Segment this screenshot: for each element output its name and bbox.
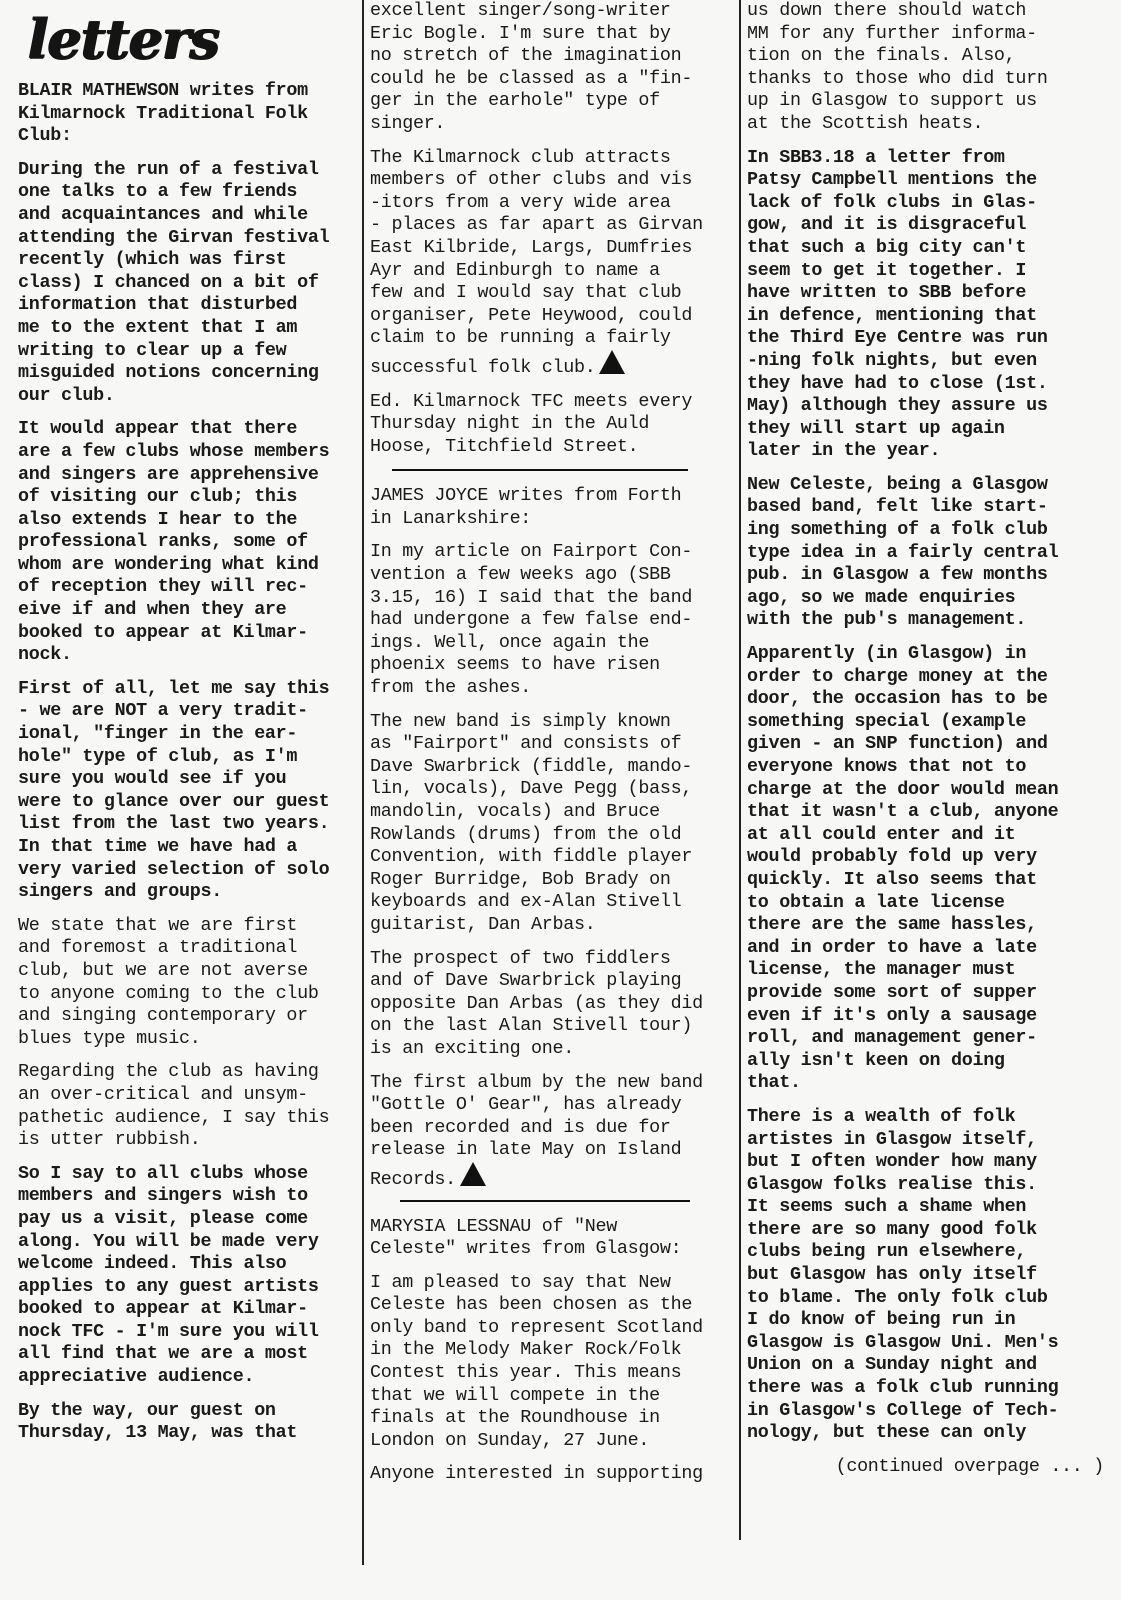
column-divider — [739, 0, 741, 1540]
horizontal-rule — [400, 1200, 690, 1202]
letter-paragraph: The Kilmarnock club attracts members of … — [370, 147, 703, 378]
letter-paragraph: In SBB3.18 a letter from Patsy Campbell … — [747, 147, 1112, 463]
letter-paragraph: By the way, our guest on Thursday, 13 Ma… — [18, 1400, 358, 1445]
letter-paragraph: We state that we are first and foremost … — [18, 915, 358, 1051]
column-2: excellent singer/song-writer Eric Bogle.… — [370, 0, 735, 1497]
letter-paragraph: First of all, let me say this - we are N… — [18, 678, 358, 904]
horizontal-rule — [392, 469, 688, 471]
letter-paragraph: us down there should watch MM for any fu… — [747, 0, 1112, 136]
continued-overpage-note: (continued overpage ... ) — [747, 1456, 1112, 1479]
newsletter-page: letters BLAIR MATHEWSON writes from Kilm… — [0, 0, 1121, 1600]
letter-paragraph: Regarding the club as having an over-cri… — [18, 1061, 358, 1151]
letter-paragraph: The new band is simply known as "Fairpor… — [370, 711, 735, 937]
triangle-end-mark-icon — [599, 350, 625, 374]
editor-note: Ed. Kilmarnock TFC meets every Thursday … — [370, 391, 735, 459]
letter-paragraph: excellent singer/song-writer Eric Bogle.… — [370, 0, 735, 136]
letter-paragraph: Apparently (in Glasgow) in order to char… — [747, 643, 1112, 1095]
letter-paragraph: Anyone interested in supporting — [370, 1463, 735, 1486]
letter-paragraph: The prospect of two fiddlers and of Dave… — [370, 948, 735, 1061]
letter-paragraph: In my article on Fairport Con- vention a… — [370, 541, 735, 699]
letter-byline: BLAIR MATHEWSON writes from Kilmarnock T… — [18, 80, 358, 148]
letter-paragraph-wrap: The Kilmarnock club attracts members of … — [370, 147, 735, 380]
letter-paragraph: During the run of a festival one talks t… — [18, 159, 358, 408]
column-divider — [362, 0, 364, 1565]
letter-paragraph: The first album by the new band "Gottle … — [370, 1072, 703, 1190]
letter-paragraph: I am pleased to say that New Celeste has… — [370, 1272, 735, 1453]
letter-byline: MARYSIA LESSNAU of "New Celeste" writes … — [370, 1216, 735, 1261]
column-3: us down there should watch MM for any fu… — [747, 0, 1112, 1489]
column-1: letters BLAIR MATHEWSON writes from Kilm… — [18, 0, 358, 1456]
letter-paragraph: So I say to all clubs whose members and … — [18, 1163, 358, 1389]
letter-paragraph: There is a wealth of folk artistes in Gl… — [747, 1106, 1112, 1445]
letter-byline: JAMES JOYCE writes from Forth in Lanarks… — [370, 485, 735, 530]
letter-paragraph: New Celeste, being a Glasgow based band,… — [747, 474, 1112, 632]
section-title: letters — [28, 2, 358, 80]
triangle-end-mark-icon — [460, 1162, 486, 1186]
letter-paragraph: It would appear that there are a few clu… — [18, 418, 358, 667]
letter-paragraph-wrap: The first album by the new band "Gottle … — [370, 1072, 735, 1192]
